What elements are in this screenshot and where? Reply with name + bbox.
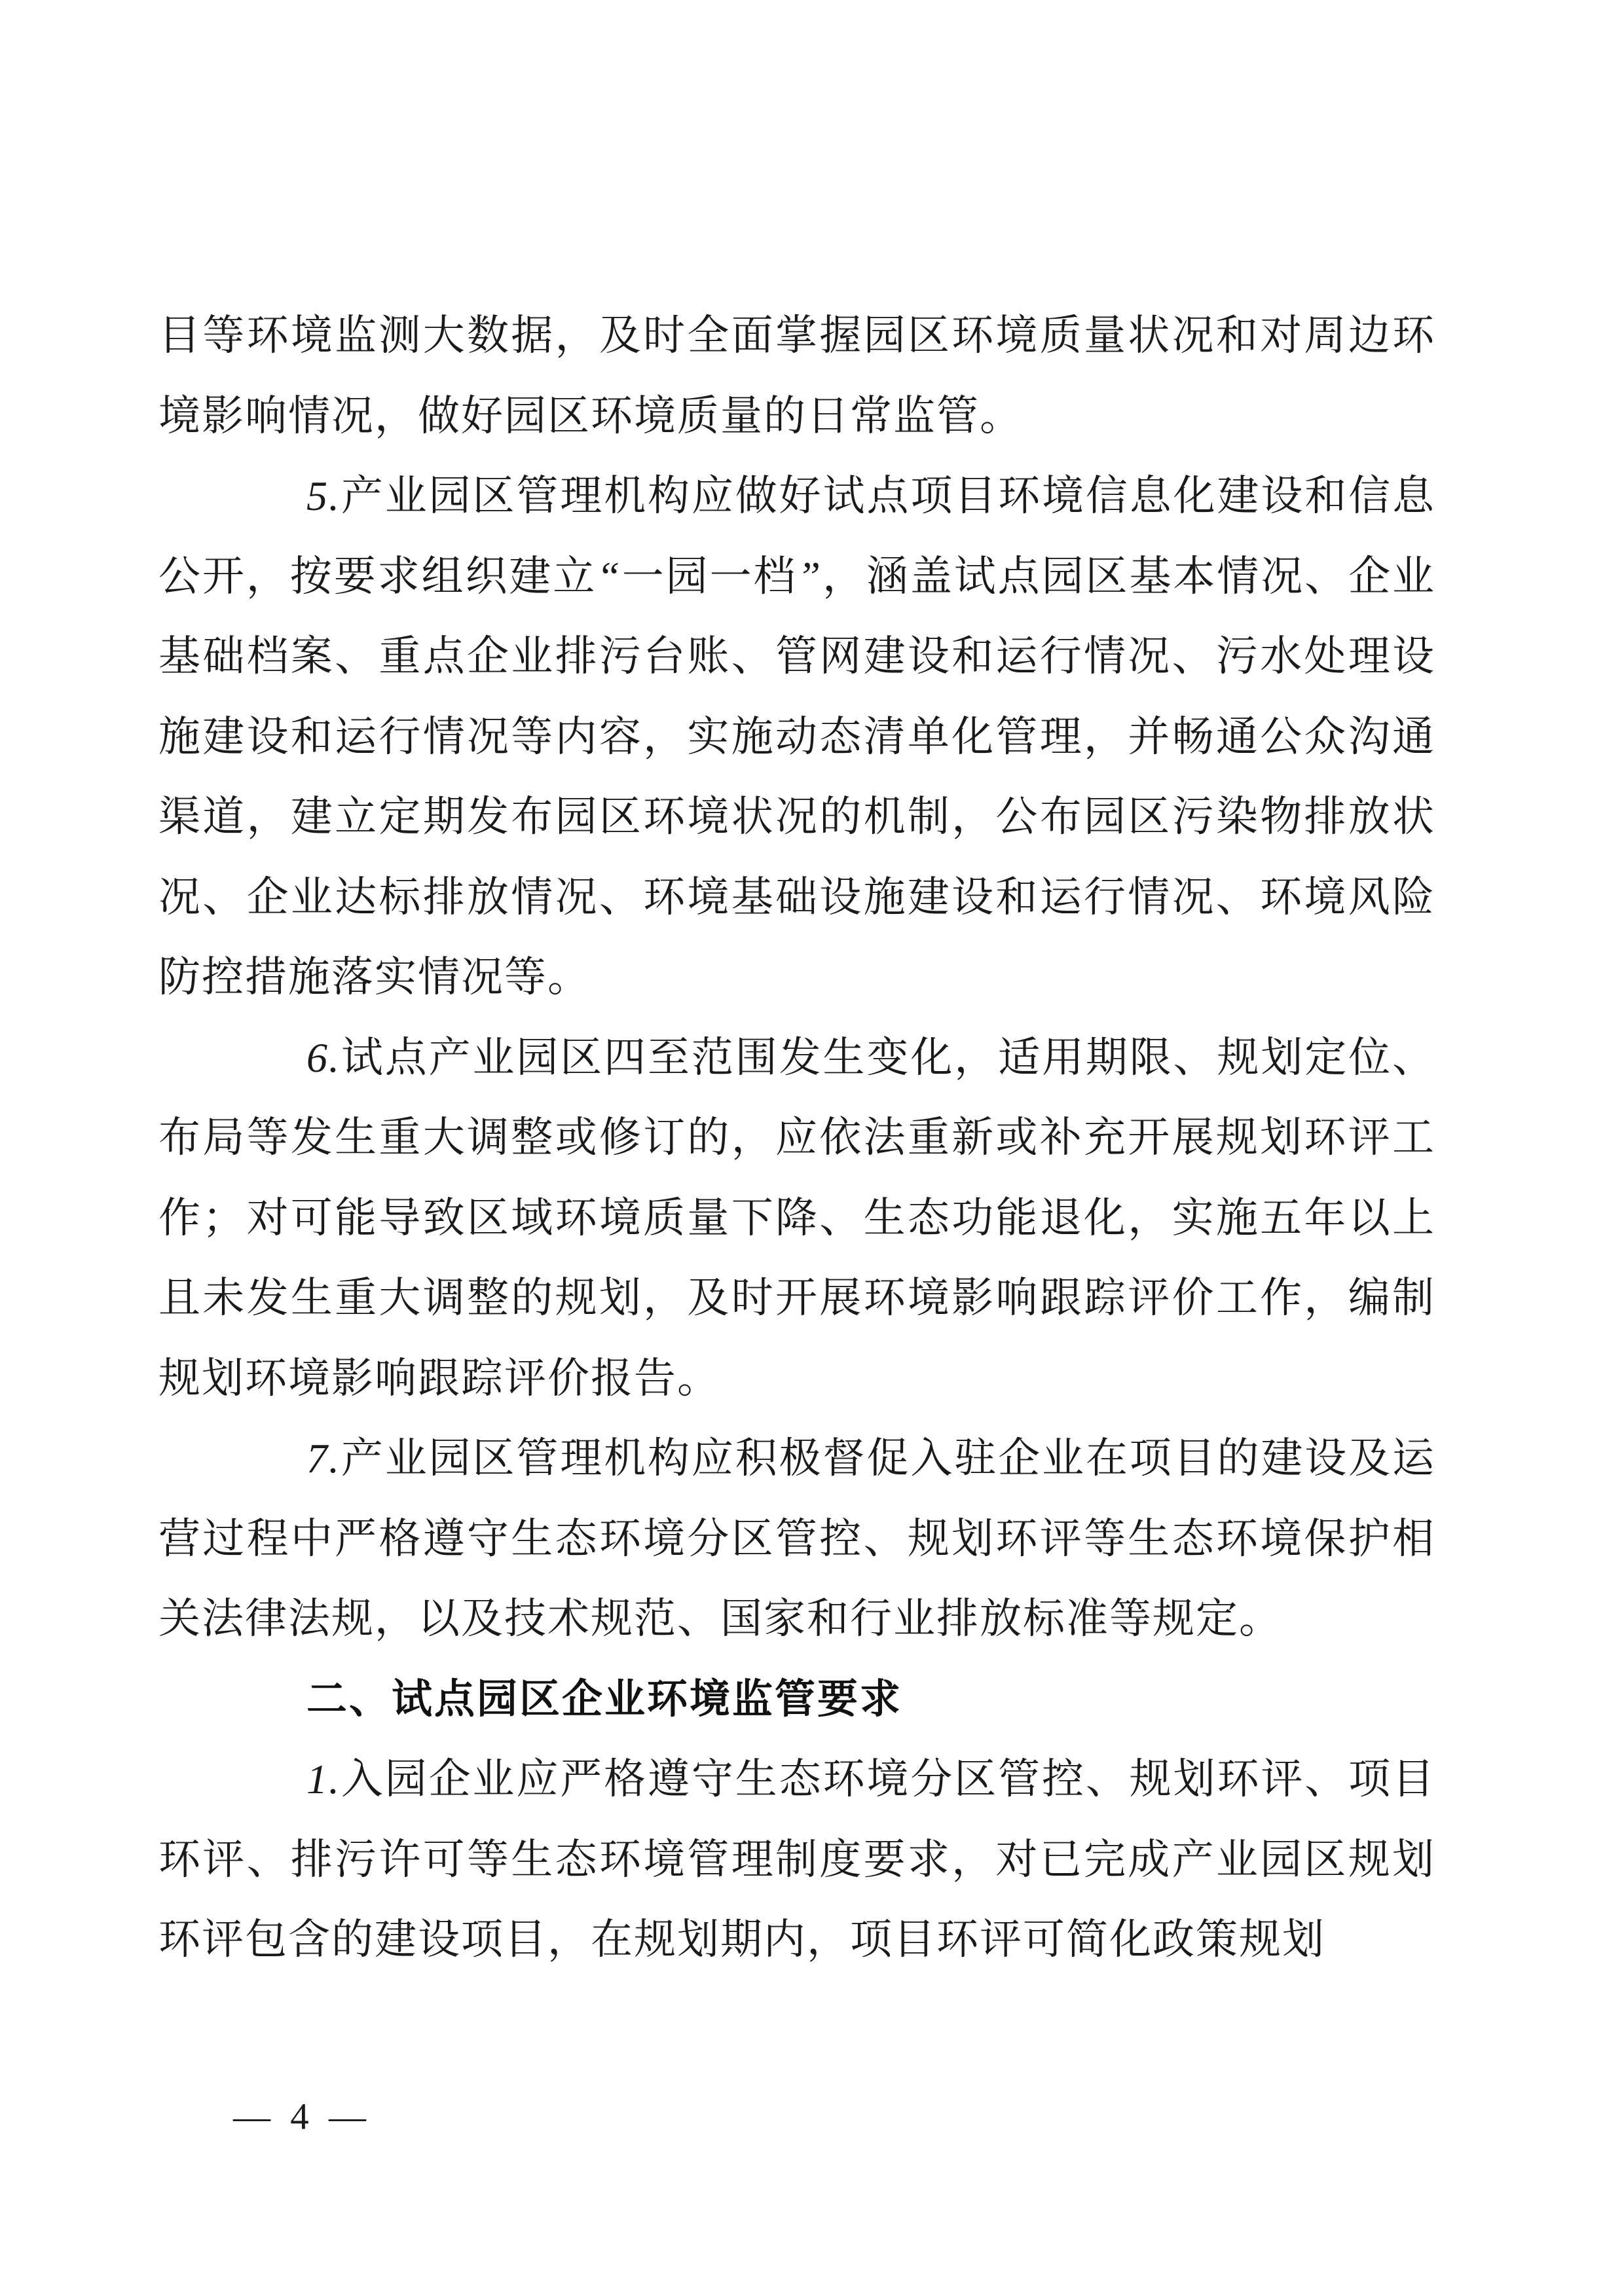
page-number: — 4 — xyxy=(233,2096,371,2138)
text-column: 目等环境监测大数据，及时全面掌握园区环境质量状况和对周边环境影响情况，做好园区环… xyxy=(158,296,1435,1980)
paragraph-item-6: 6.试点产业园区四至范围发生变化，适用期限、规划定位、布局等发生重大调整或修订的… xyxy=(158,1018,1435,1419)
paragraph-item-1: 1.入园企业应严格遵守生态环境分区管控、规划环评、项目环评、排污许可等生态环境管… xyxy=(158,1740,1435,1980)
paragraph-item-5: 5.产业园区管理机构应做好试点项目环境信息化建设和信息公开，按要求组织建立“一园… xyxy=(158,456,1435,1018)
page-footer: — 4 — xyxy=(233,2096,371,2138)
document-page: 目等环境监测大数据，及时全面掌握园区环境质量状况和对周边环境影响情况，做好园区环… xyxy=(0,0,1624,2296)
section-heading: 二、试点园区企业环境监管要求 xyxy=(158,1660,1435,1740)
paragraph-continuation: 目等环境监测大数据，及时全面掌握园区环境质量状况和对周边环境影响情况，做好园区环… xyxy=(158,296,1435,456)
paragraph-item-7: 7.产业园区管理机构应积极督促入驻企业在项目的建设及运营过程中严格遵守生态环境分… xyxy=(158,1419,1435,1660)
